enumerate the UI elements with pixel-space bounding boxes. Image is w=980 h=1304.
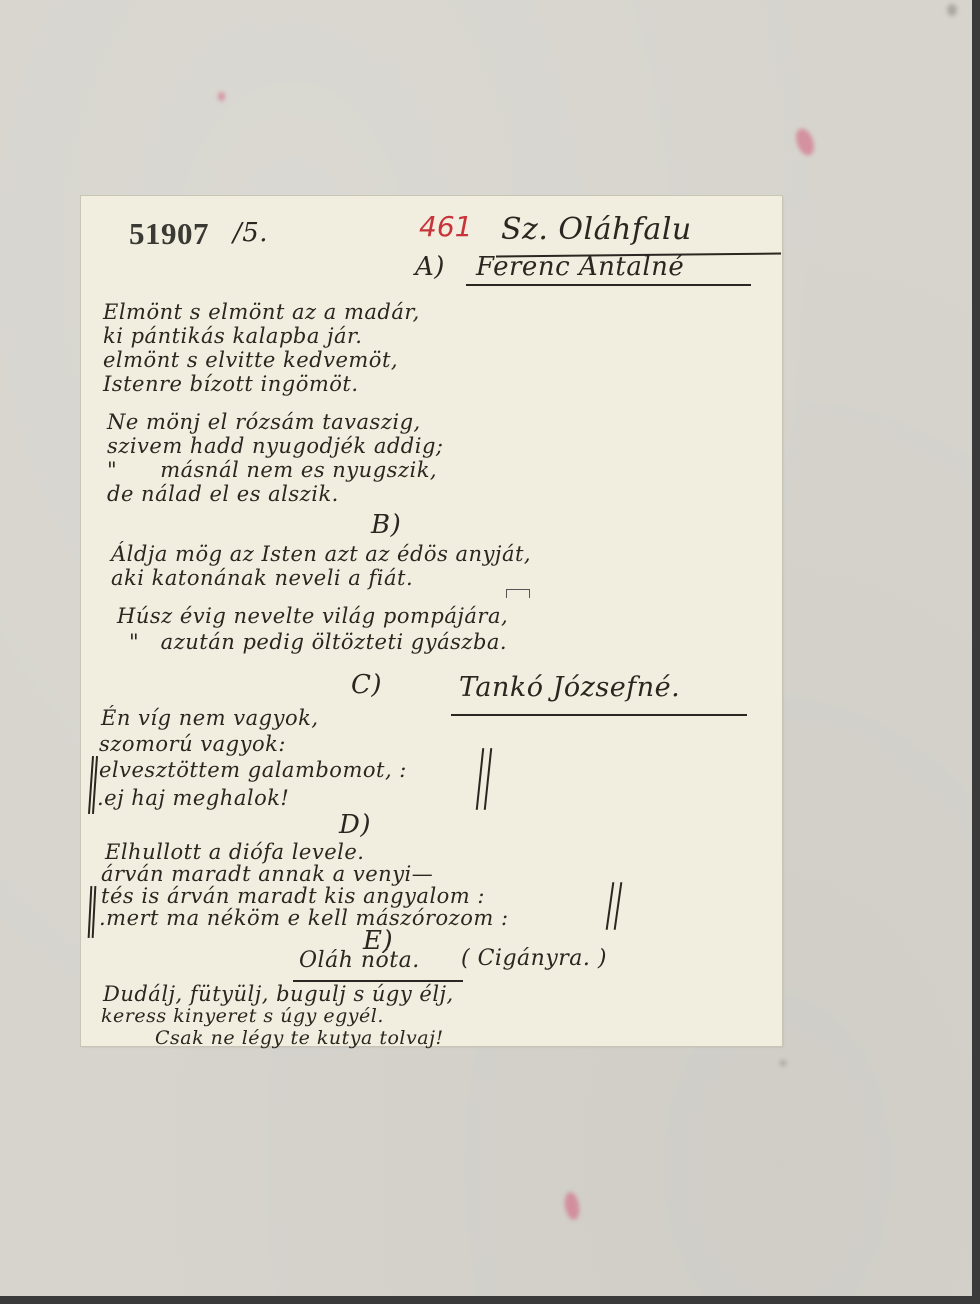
- manuscript-card: 51907 /5. 461 Sz. Oláhfalu A) Ferenc Ant…: [81, 196, 782, 1046]
- place-name: Sz. Oláhfalu: [501, 212, 692, 247]
- scan-edge-bottom: [0, 1296, 980, 1304]
- correction-bracket: [506, 589, 530, 598]
- section-d-mark: D): [339, 810, 371, 840]
- section-c-mark: C): [351, 670, 382, 700]
- repeat-sign-right: [476, 748, 484, 810]
- verse-line: Ne mönj el rózsám tavaszig,: [107, 412, 421, 433]
- verse-line: Csak ne légy te kutya tolvaj!: [155, 1028, 444, 1049]
- section-a-mark: A): [415, 252, 445, 282]
- grey-spot-mark: [780, 1060, 786, 1066]
- verse-line: " másnál nem es nyugszik,: [107, 460, 437, 481]
- red-stain-mark: [218, 92, 225, 101]
- informant-signature: Tankó Józsefné.: [459, 672, 680, 703]
- verse-line: Áldja mög az Isten azt az édös anyját,: [111, 544, 531, 565]
- catalog-number-stamp: 51907: [129, 216, 209, 252]
- verse-line: Én víg nem vagyok,: [101, 708, 319, 729]
- verse-line: szivem hadd nyugodjék addig;: [107, 436, 443, 457]
- song-subtitle: ( Cigányra. ): [461, 946, 607, 971]
- repeat-sign-left: [92, 886, 97, 938]
- verse-line: szomorú vagyok:: [99, 734, 286, 755]
- catalog-suffix: /5.: [233, 218, 268, 248]
- repeat-sign-right: [614, 882, 623, 930]
- verse-line: elvesztöttem galambomot, :: [99, 760, 407, 781]
- collector-name: Ferenc Antalné: [476, 252, 684, 282]
- verse-line: Dudálj, fütyülj, bugulj s úgy élj,: [103, 984, 454, 1005]
- section-b-mark: B): [371, 510, 401, 540]
- verse-line: árván maradt annak a venyi—: [101, 864, 433, 885]
- verse-line: Istenre bízott ingömöt.: [103, 374, 359, 395]
- repeat-sign-right: [606, 882, 615, 930]
- red-stain-mark: [793, 126, 818, 158]
- scan-edge-right: [972, 0, 980, 1304]
- verse-line: elmönt s elvitte kedvemöt,: [103, 350, 398, 371]
- verse-line: de nálad el es alszik.: [107, 484, 339, 505]
- verse-line: keress kinyeret s úgy egyél.: [101, 1006, 384, 1027]
- verse-line: aki katonának neveli a fiát.: [111, 568, 413, 589]
- signature-underline: [451, 714, 747, 716]
- collector-underline: [466, 284, 751, 286]
- verse-line: Elhullott a diófa levele.: [105, 842, 364, 863]
- verse-line: Húsz évig nevelte világ pompájára,: [117, 606, 508, 627]
- verse-line: tés is árván maradt kis angyalom :: [101, 886, 485, 907]
- verse-line: Elmönt s elmönt az a madár,: [103, 302, 420, 323]
- verse-line: ki pántikás kalapba jár.: [103, 326, 362, 347]
- repeat-sign-right: [484, 748, 492, 810]
- verse-line: .ej haj meghalok!: [97, 788, 289, 809]
- red-item-number: 461: [419, 210, 472, 243]
- red-stain-mark: [563, 1191, 582, 1221]
- verse-line: .mert ma néköm e kell mászórozom :: [99, 908, 509, 929]
- grey-spot-mark: [947, 4, 957, 16]
- verse-line: " azután pedig öltözteti gyászba.: [129, 632, 507, 653]
- song-title: Oláh nóta.: [299, 948, 420, 973]
